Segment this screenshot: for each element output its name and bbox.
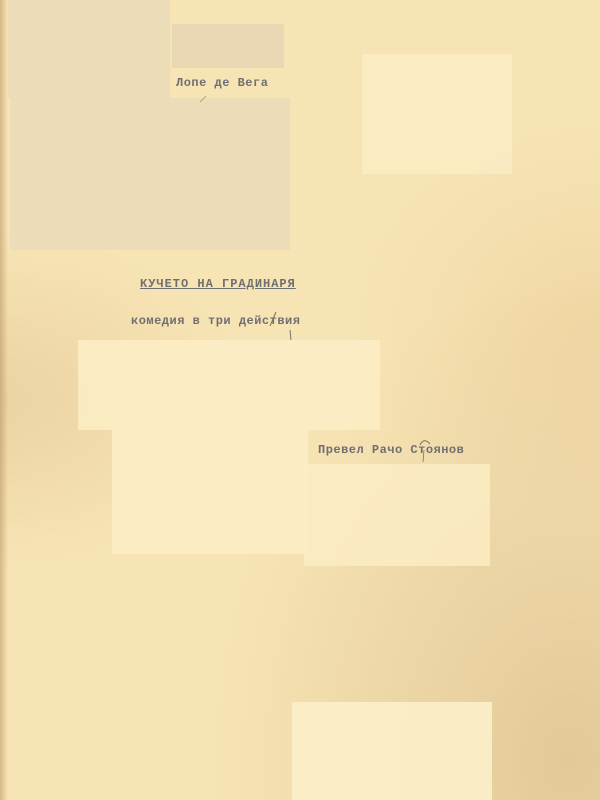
typewritten-title-page: Лопе де Вега КУЧЕТО НА ГРАДИНАРЯ комедия… xyxy=(0,0,600,800)
pencil-marks xyxy=(0,0,600,800)
